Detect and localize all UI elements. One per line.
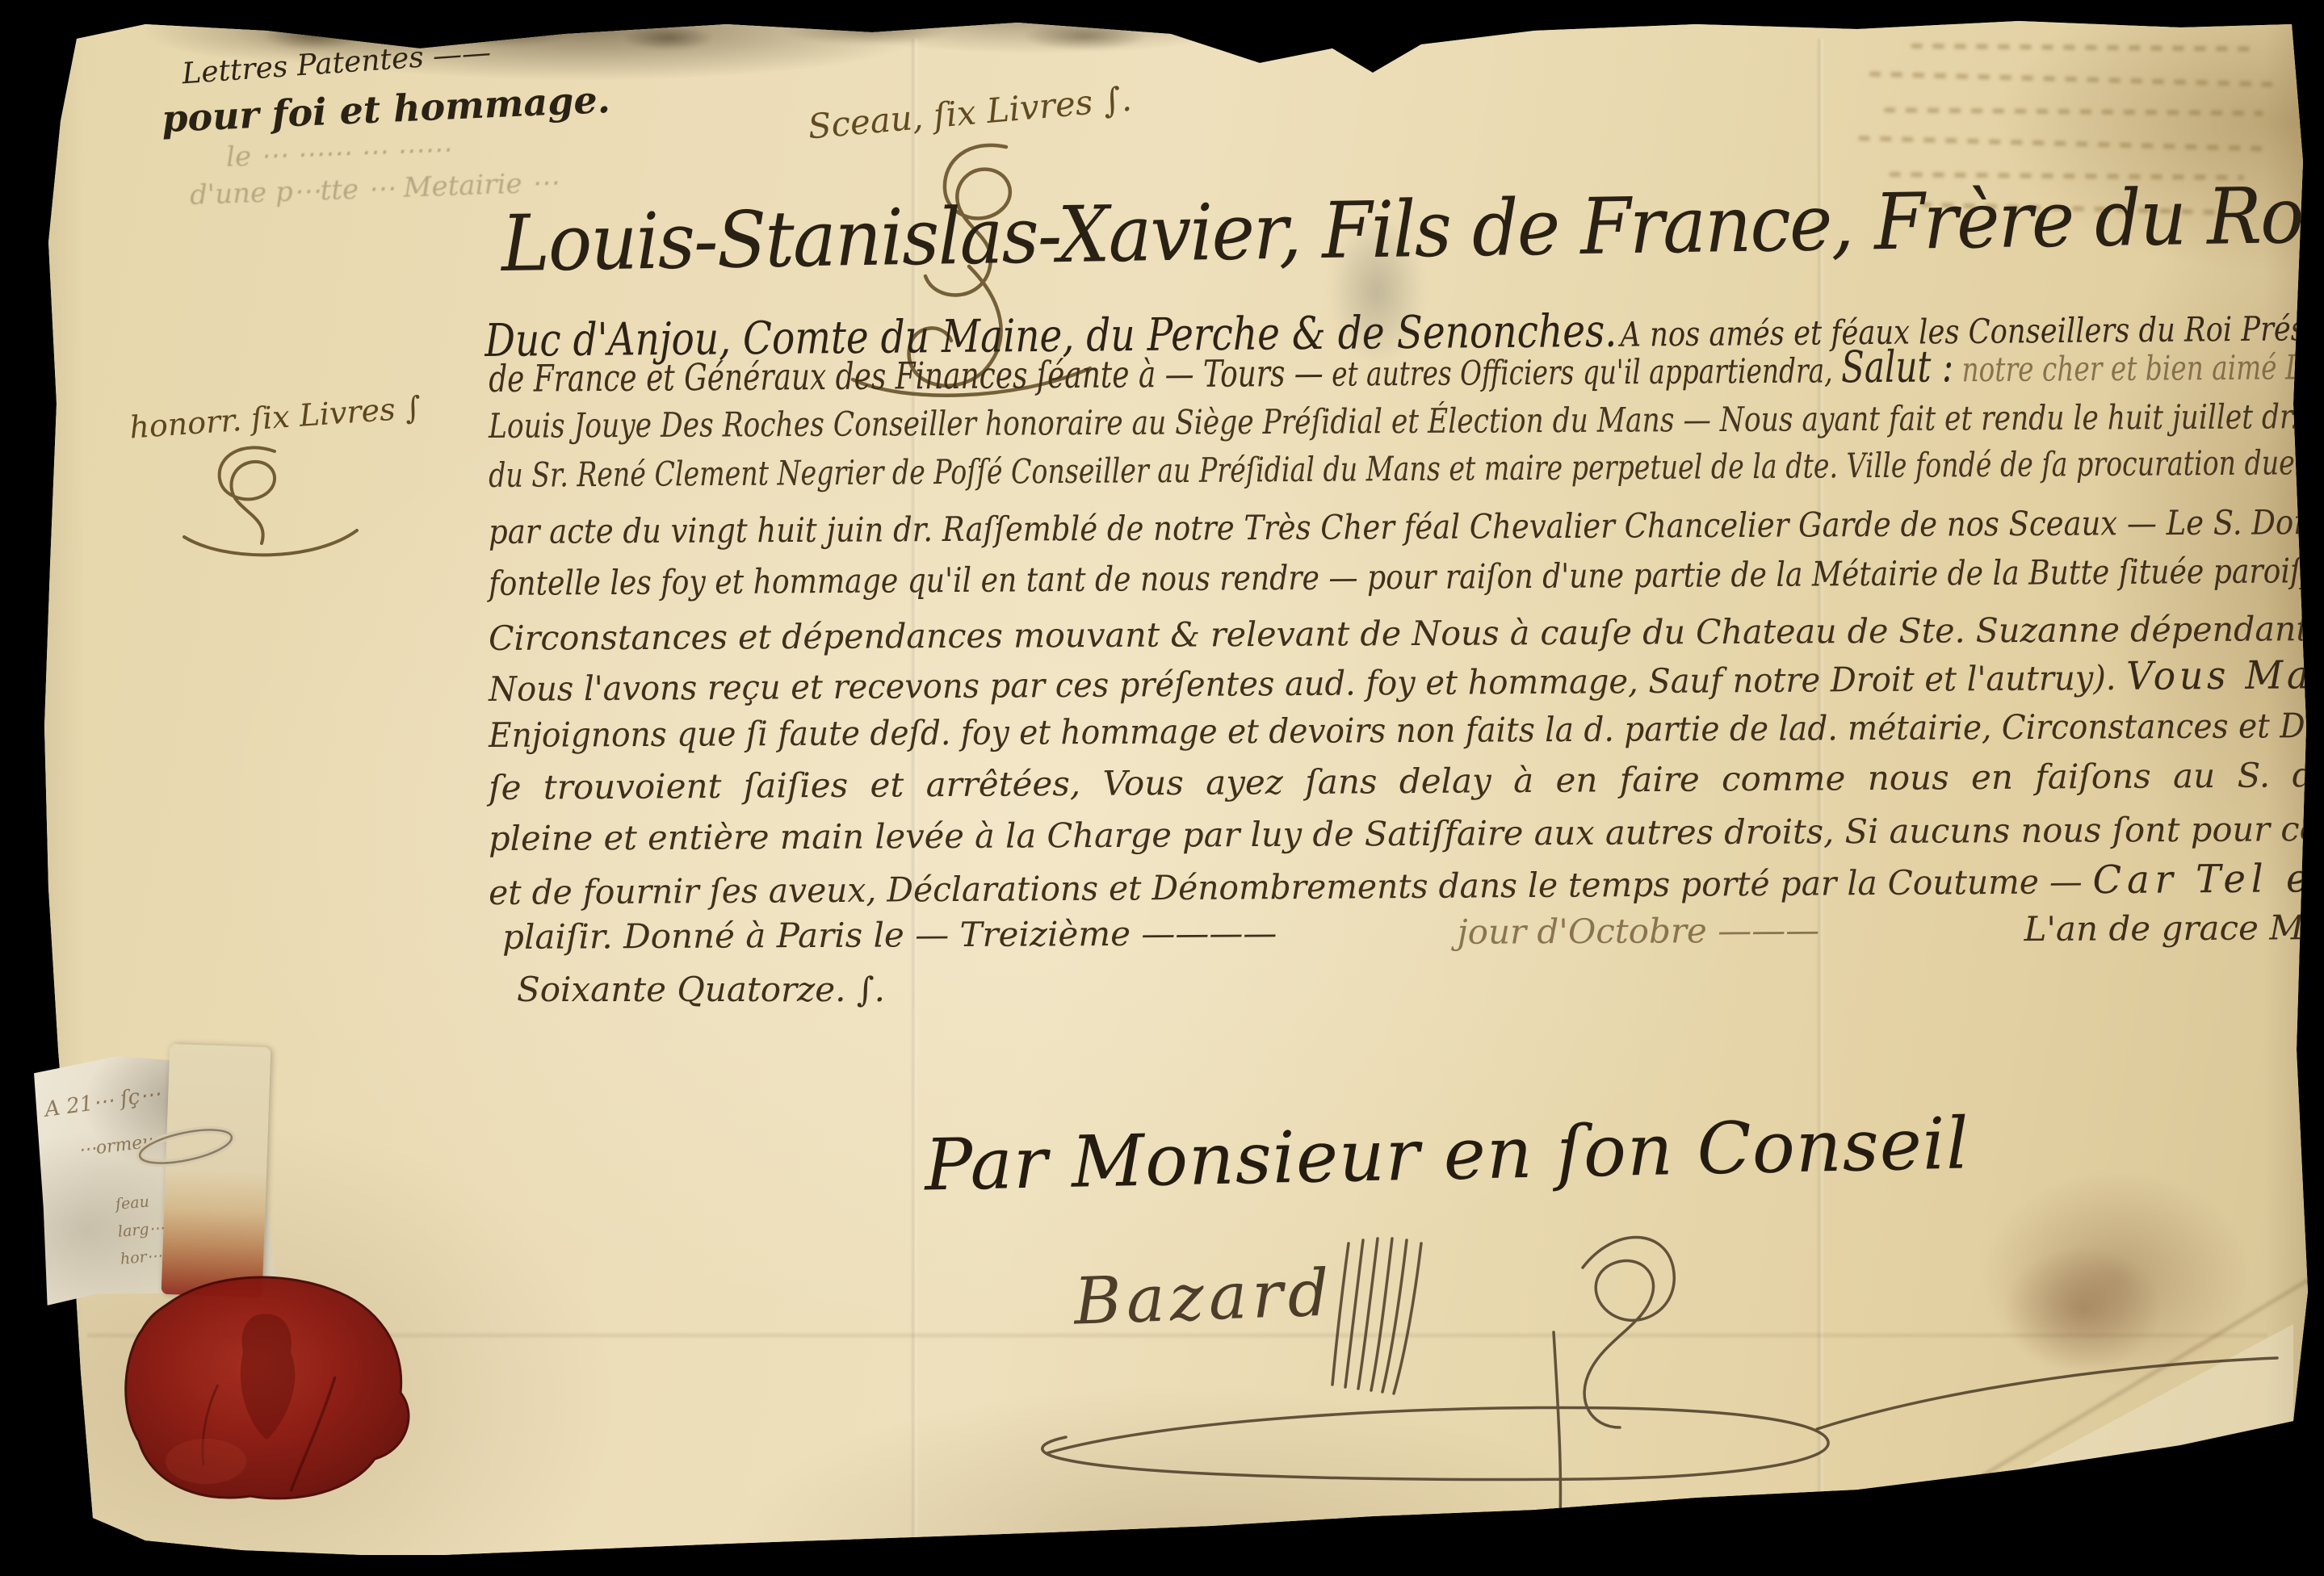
body-segment-mandons: Vous Mandons et xyxy=(2126,652,2324,699)
honor-fee-paraph-flourish xyxy=(178,440,371,577)
secretary-signature: Bazard xyxy=(1072,1255,1335,1339)
seal-fee-note: Sceau, ſix Livres ∫. xyxy=(807,79,1134,147)
body-segment-inserted-name: notre cher et bien aimé Le Sr. Pierre xyxy=(1961,346,2324,389)
body-line-13: et de fournir ſes aveux, Déclarations et… xyxy=(489,858,2324,911)
dateline-year: L'an de grace Mil Sept Cent xyxy=(2024,907,2324,949)
body-line-5: du Sr. René Clement Negrier de Poſſé Con… xyxy=(489,445,2324,492)
body-line-12: pleine et entière main levée à la Charge… xyxy=(489,811,2324,856)
dateline-place-day: plaiſir. Donné à Paris le — Treizième ——… xyxy=(502,913,1277,957)
body-segment-car-tel: Car Tel est notre xyxy=(2092,855,2324,903)
body-segment: et autres Officiers qu'il appartiendra, xyxy=(1332,350,1833,393)
dateline-month: jour d'Octobre ——— xyxy=(1458,910,1820,951)
seal-label-text: ſeau xyxy=(115,1192,150,1213)
ghost-writing-line xyxy=(1869,72,2273,87)
body-line-9: Nous l'avons reçu et recevons par ces pr… xyxy=(489,655,2324,707)
docket-faint-line: le ⋯ ⋯⋯ ⋯ ⋯⋯ xyxy=(225,133,451,174)
body-line-10: Enjoignons que ſi faute deſd. foy et hom… xyxy=(489,708,2324,752)
body-line-6: par acte du vingt huit juin dr. Raſſembl… xyxy=(489,505,2324,549)
ghost-writing-line xyxy=(1884,107,2263,115)
body-segment: et de fournir ſes aveux, Déclarations et… xyxy=(489,861,2083,912)
body-line-14-dateline: plaiſir. Donné à Paris le — Treizième ——… xyxy=(502,910,2324,954)
red-wax-seal xyxy=(97,1239,420,1506)
body-segment: de France et Généraux des Finances ſéant… xyxy=(489,351,1324,400)
body-segment-salut: Salut : xyxy=(1841,341,1954,392)
body-line-7: fontelle les foy et hommage qu'il en tan… xyxy=(489,553,2324,601)
body-line-8: Circonstances et dépendances mouvant & r… xyxy=(489,610,2324,656)
body-line-4: Louis Jouye Des Roches Conseiller honora… xyxy=(489,399,2324,443)
ghost-writing-line xyxy=(1911,44,2258,52)
body-segment: Nous l'avons reçu et recevons par ces pr… xyxy=(489,658,2116,709)
ghost-writing-line xyxy=(1858,136,2270,151)
body-line-15-year-end: Soixante Quatorze. ∫. xyxy=(517,973,885,1007)
label-pin-clip xyxy=(125,1110,246,1183)
body-line-11: ſe trouvoient ſaiſies et arrêtées, Vous … xyxy=(489,757,2324,805)
honor-fee-note: honorr. ſix Livres ∫ xyxy=(128,389,422,445)
seal-label-text: larg⋯ xyxy=(117,1219,165,1241)
photograph-black-backdrop: { "docket": { "line1": "Lettres Patentes… xyxy=(0,0,2324,1576)
subscription-line: Par Monsieur en ſon Conseil xyxy=(924,1101,1970,1206)
